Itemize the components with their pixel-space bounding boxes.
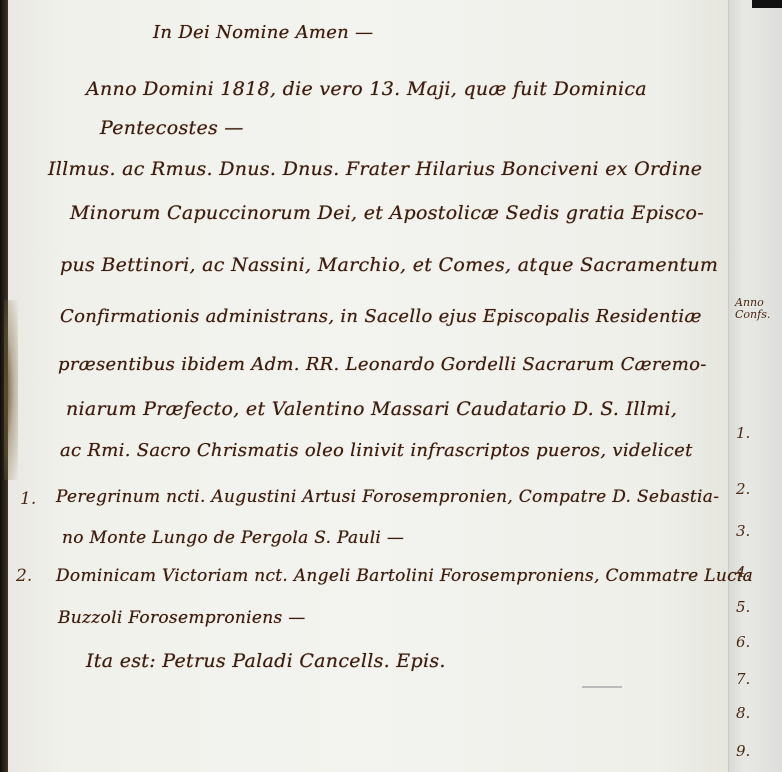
right-margin-number-9: 9. bbox=[736, 742, 750, 760]
text-line-7: præsentibus ibidem Adm. RR. Leonardo Gor… bbox=[58, 354, 707, 375]
right-margin-number-4: 4. bbox=[736, 563, 750, 581]
entry-number-1: 1. bbox=[20, 489, 36, 509]
right-margin-number-3: 3. bbox=[736, 522, 750, 540]
right-margin-number-1: 1. bbox=[736, 424, 750, 442]
entry-1-line-1: Peregrinum ncti. Augustini Artusi Forose… bbox=[56, 487, 719, 507]
right-margin-number-6: 6. bbox=[736, 633, 750, 651]
margin-note-line-2: Confs. bbox=[735, 309, 775, 321]
margin-note: Anno Confs. bbox=[735, 297, 775, 321]
entry-number-2: 2. bbox=[16, 566, 32, 586]
text-line-6: Confirmationis administrans, in Sacello … bbox=[60, 306, 702, 327]
entry-2-line-2: Buzzoli Forosemproniens — bbox=[58, 608, 306, 628]
text-line-5: pus Bettinori, ac Nassini, Marchio, et C… bbox=[60, 254, 718, 276]
text-line-3: Illmus. ac Rmus. Dnus. Dnus. Frater Hila… bbox=[48, 158, 702, 180]
text-line-9: ac Rmi. Sacro Chrismatis oleo linivit in… bbox=[60, 440, 693, 461]
right-margin-number-5: 5. bbox=[736, 598, 750, 616]
text-line-8: niarum Præfecto, et Valentino Massari Ca… bbox=[66, 398, 677, 420]
closing-signature: Ita est: Petrus Paladi Cancells. Epis. bbox=[86, 650, 446, 672]
right-margin-number-7: 7. bbox=[736, 670, 750, 688]
faint-dash bbox=[582, 686, 622, 688]
text-line-4: Minorum Capuccinorum Dei, et Apostolicæ … bbox=[70, 202, 704, 224]
text-line-1: Anno Domini 1818, die vero 13. Maji, quæ… bbox=[86, 78, 647, 100]
heading-invocation: In Dei Nomine Amen — bbox=[153, 22, 373, 43]
dark-corner bbox=[752, 0, 782, 8]
right-margin-number-2: 2. bbox=[736, 480, 750, 498]
entry-1-line-2: no Monte Lungo de Pergola S. Pauli — bbox=[62, 528, 404, 548]
right-margin-number-8: 8. bbox=[736, 704, 750, 722]
adjacent-page-edge bbox=[728, 0, 782, 772]
entry-2-line-1: Dominicam Victoriam nct. Angeli Bartolin… bbox=[56, 566, 753, 586]
text-line-2: Pentecostes — bbox=[100, 117, 244, 139]
edge-stain bbox=[4, 300, 18, 480]
